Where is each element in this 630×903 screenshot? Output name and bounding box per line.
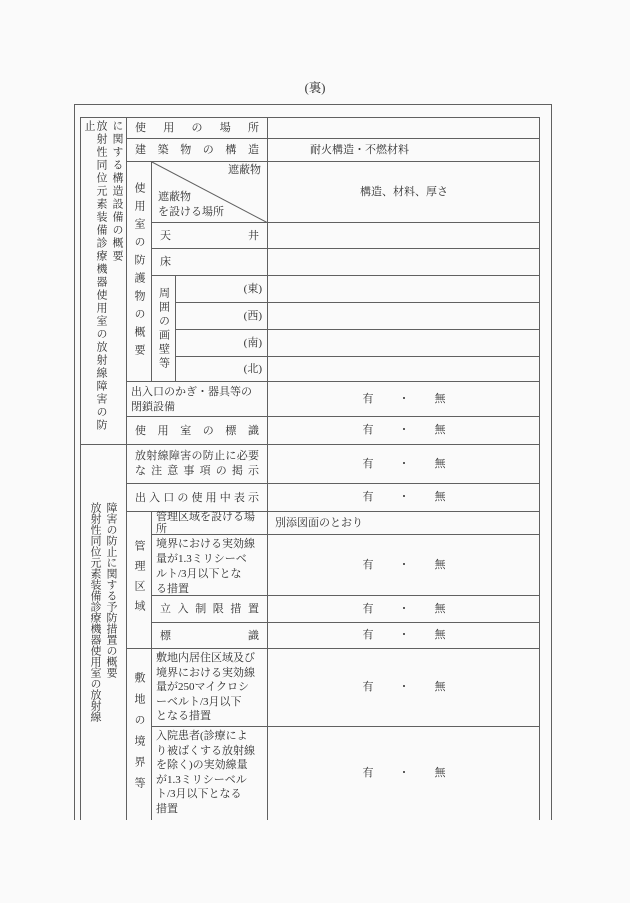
ceiling-value [268, 223, 540, 249]
wall-east-label: (東) [176, 276, 268, 303]
no-option: 無 [435, 458, 446, 471]
no-option: 無 [435, 767, 446, 780]
shield-header-cell: 遮蔽物 遮蔽物 を設ける場所 [152, 162, 268, 223]
patient-dose-value: 有・無 [268, 727, 540, 820]
dot-separator: ・ [399, 458, 410, 471]
dot-separator: ・ [399, 491, 410, 504]
place-of-use-value [268, 117, 540, 139]
section2-title-cell: 放射性同位元素装備診療機器使用室の放射線 障害の防止に関する予防措置の概要 [80, 445, 127, 820]
boundary-dose-label: 境界における実効線 量が1.3ミリシーベ ルト/3月以下とな る措置 [152, 535, 268, 596]
controlled-area-sign-value: 有・無 [268, 623, 540, 649]
site-boundary-column: 敷地の境界等 [127, 649, 152, 820]
no-option: 無 [435, 629, 446, 642]
controlled-area-place-label: 管理区域を設ける場 所 [152, 512, 268, 535]
yes-option: 有 [363, 767, 374, 780]
caution-notice-label: 放射線障害の防止に必要 な注意事項の掲示 [127, 445, 268, 484]
no-option: 無 [435, 491, 446, 504]
shield-location-label: 遮蔽物 を設ける場所 [158, 190, 224, 220]
floor-value [268, 249, 540, 276]
room-sign-label: 使用室の標識 [127, 417, 268, 445]
dot-separator: ・ [399, 767, 410, 780]
wall-south-label: (南) [176, 330, 268, 357]
site-dose-label: 敷地内居住区域及び 境界における実効線 量が250マイクロシ ーベルト/3月以下… [152, 649, 268, 727]
no-option: 無 [435, 603, 446, 616]
place-of-use-label: 使用の場所 [127, 117, 268, 139]
yes-option: 有 [363, 491, 374, 504]
shield-header-label: 遮蔽物 [228, 164, 261, 177]
entrance-lock-label: 出入口のかぎ・器具等の 閉鎖設備 [127, 382, 268, 417]
patient-dose-label: 入院患者(診療によ り被ばくする放射線 を除く)の実効線量 が1.3ミリシーベル… [152, 727, 268, 820]
yes-option: 有 [363, 559, 374, 572]
room-sign-value: 有・無 [268, 417, 540, 445]
no-option: 無 [435, 393, 446, 406]
controlled-area-sign-label: 標識 [152, 623, 268, 649]
yes-option: 有 [363, 458, 374, 471]
site-dose-value: 有・無 [268, 649, 540, 727]
wall-east-value [268, 276, 540, 303]
in-use-display-label: 出入口の使用中表示 [127, 484, 268, 512]
entry-restriction-value: 有・無 [268, 596, 540, 623]
wall-north-label: (北) [176, 357, 268, 382]
wall-west-value [268, 303, 540, 330]
no-option: 無 [435, 424, 446, 437]
building-structure-label: 建築物の構造 [127, 139, 268, 162]
ceiling-label: 天井 [152, 223, 268, 249]
section2-title-right: 障害の防止に関する予防措置の概要 [105, 502, 117, 678]
surrounding-walls-column-label: 周囲の画壁等 [158, 287, 170, 371]
wall-west-label: (西) [176, 303, 268, 330]
yes-option: 有 [363, 629, 374, 642]
boundary-dose-value: 有・無 [268, 535, 540, 596]
controlled-area-column-label: 管理区域 [133, 540, 145, 620]
dot-separator: ・ [399, 393, 410, 406]
entrance-lock-value: 有・無 [268, 382, 540, 417]
site-boundary-column-label: 敷地の境界等 [133, 672, 145, 798]
page-side-label: (裏) [0, 78, 630, 96]
section2-title-left: 放射性同位元素装備診療機器使用室の放射線 [89, 502, 101, 722]
scanned-form-page: (裏) 放射性同位元素装備診療機器使用室の放射線障害の防止 に関する構造設備の概… [0, 0, 630, 903]
wall-north-value [268, 357, 540, 382]
controlled-area-place-value: 別添図面のとおり [268, 512, 540, 535]
dot-separator: ・ [399, 681, 410, 694]
section1-title-right: に関する構造設備の概要 [111, 120, 123, 263]
yes-option: 有 [363, 603, 374, 616]
in-use-display-value: 有・無 [268, 484, 540, 512]
wall-south-value [268, 330, 540, 357]
no-option: 無 [435, 681, 446, 694]
yes-option: 有 [363, 393, 374, 406]
dot-separator: ・ [399, 603, 410, 616]
entry-restriction-label: 立入制限措置 [152, 596, 268, 623]
dot-separator: ・ [399, 629, 410, 642]
section1-title-cell: 放射性同位元素装備診療機器使用室の放射線障害の防止 に関する構造設備の概要 [80, 117, 127, 445]
surrounding-walls-column: 周囲の画壁等 [152, 276, 176, 382]
room-protection-column-label: 使用室の防護物の概要 [133, 182, 145, 362]
building-structure-value: 耐火構造・不燃材料 [268, 139, 540, 162]
floor-label: 床 [152, 249, 268, 276]
dot-separator: ・ [399, 559, 410, 572]
room-protection-column: 使用室の防護物の概要 [127, 162, 152, 382]
yes-option: 有 [363, 424, 374, 437]
no-option: 無 [435, 559, 446, 572]
section1-title-left: 放射性同位元素装備診療機器使用室の放射線障害の防止 [83, 120, 107, 444]
yes-option: 有 [363, 681, 374, 694]
shield-structure-value: 構造、材料、厚さ [268, 162, 540, 223]
controlled-area-column: 管理区域 [127, 512, 152, 649]
caution-notice-value: 有・無 [268, 445, 540, 484]
dot-separator: ・ [399, 424, 410, 437]
